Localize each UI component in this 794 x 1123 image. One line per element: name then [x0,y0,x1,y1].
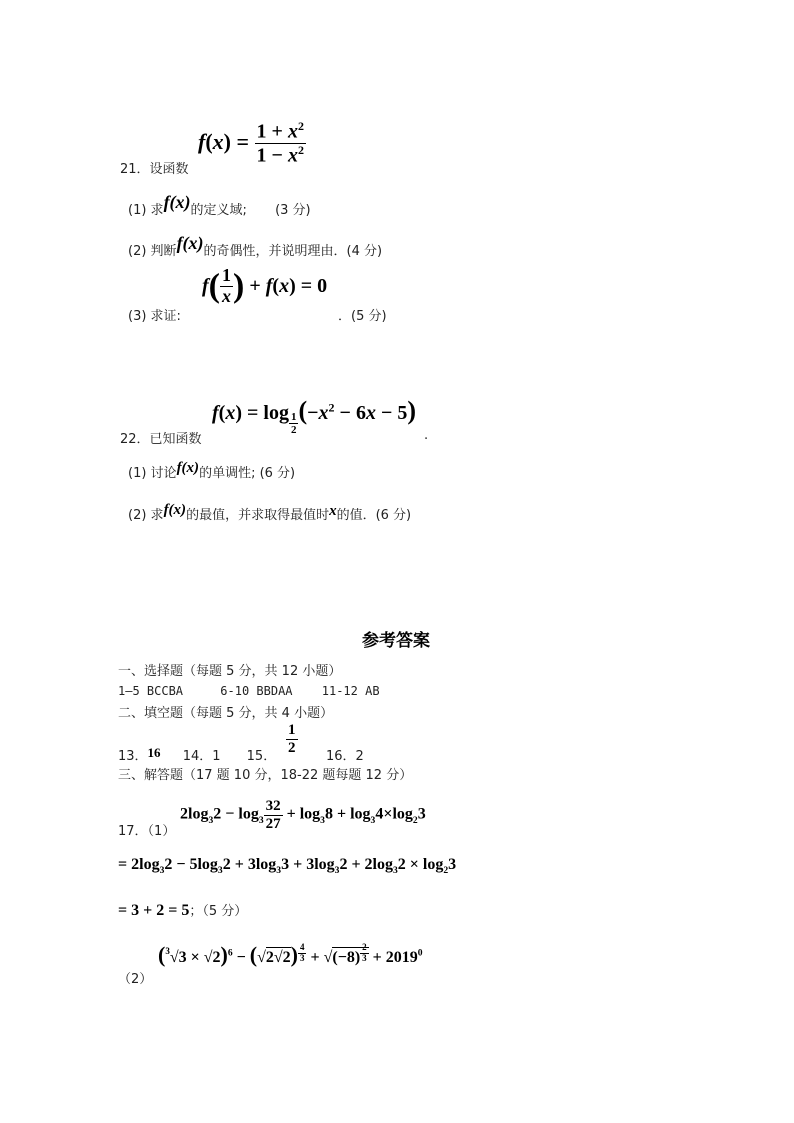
mc-answers: 1—5 BCCBA 6-10 BBDAA 11-12 AB [118,684,380,698]
section2-heading: 二、填空题（每题 5 分，共 4 小题） [118,702,333,721]
q17-part2-label: （2） [118,968,152,987]
q13-label: 13． [118,749,148,764]
var-x: x [329,503,337,519]
q22-part2: (2) 求f(x)的最值，并求取得最值时x的值．(6 分) [128,504,411,524]
q21-formula: f(x) = 1 + x21 − x2 [198,120,306,166]
part-suffix: 的奇偶性，并说明理由．(4 分) [204,244,383,259]
part-prefix: (1) 求 [128,203,164,218]
q14-answer: 14．1 [183,749,221,764]
q16-answer: 16．2 [326,745,364,764]
q22-part1: (1) 讨论f(x)的单调性; (6 分) [128,462,295,482]
q17-expr-line3: = 3 + 2 = 5；（5 分） [118,900,247,920]
part-suffix: 的定义域; [191,203,247,218]
q22-formula: f(x) = log12(−x2 − 6x − 5) [212,396,416,426]
q17-expr-line1: 2log32 − log33227 + log38 + log34×log23 [180,798,426,832]
q15-label: 15． [247,749,277,764]
section3-heading: 三、解答题（17 题 10 分，18-22 题每题 12 分） [118,764,412,783]
q21-label: 21．设函数 [120,158,189,177]
q17-expr-part2: (3√3 × √2)6 − (√2√2)43 + √(−8)23 + 20190 [158,942,423,968]
part-prefix: (2) 判断 [128,244,177,259]
part-prefix: (2) 求 [128,508,164,523]
part-score: (3 分) [275,203,311,218]
q13-value: 16 [148,745,161,760]
q17-expr-line2: = 2log32 − 5log32 + 3log33 + 3log32 + 2l… [118,856,456,876]
q21-part3-formula: f(1x) + f(x) = 0 [202,266,327,307]
q17-score: ；（5 分） [189,904,247,919]
q21-part1: (1) 求f(x)的定义域; (3 分) [128,198,311,219]
q21-part3-suffix: ．(5 分) [338,305,387,324]
q15-den: 2 [286,740,298,757]
q21-part2: (2) 判断f(x)的奇偶性，并说明理由．(4 分) [128,239,382,260]
part-prefix: (1) 讨论 [128,466,177,481]
part-suffix: 的单调性; (6 分) [199,466,295,481]
mc-6-10: 6-10 BBDAA [220,684,292,698]
mc-1-5: 1—5 BCCBA [118,684,183,698]
q17-part1-label: 17．（1） [118,820,175,839]
q21-part3-label: (3) 求证: [128,305,181,324]
q15-fraction: 12 [286,722,298,756]
part-middle: 的最值，并求取得最值时 [186,508,329,523]
answers-title: 参考答案 [362,626,430,651]
q22-label: 22．已知函数 [120,428,202,447]
q15-num: 1 [286,722,298,740]
q22-end: . [424,428,428,443]
mc-11-12: 11-12 AB [322,684,380,698]
part-suffix: 的值．(6 分) [337,508,412,523]
section1-heading: 一、选择题（每题 5 分，共 12 小题） [118,660,341,679]
fill-answers: 13．16 14．1 15． [118,745,276,764]
